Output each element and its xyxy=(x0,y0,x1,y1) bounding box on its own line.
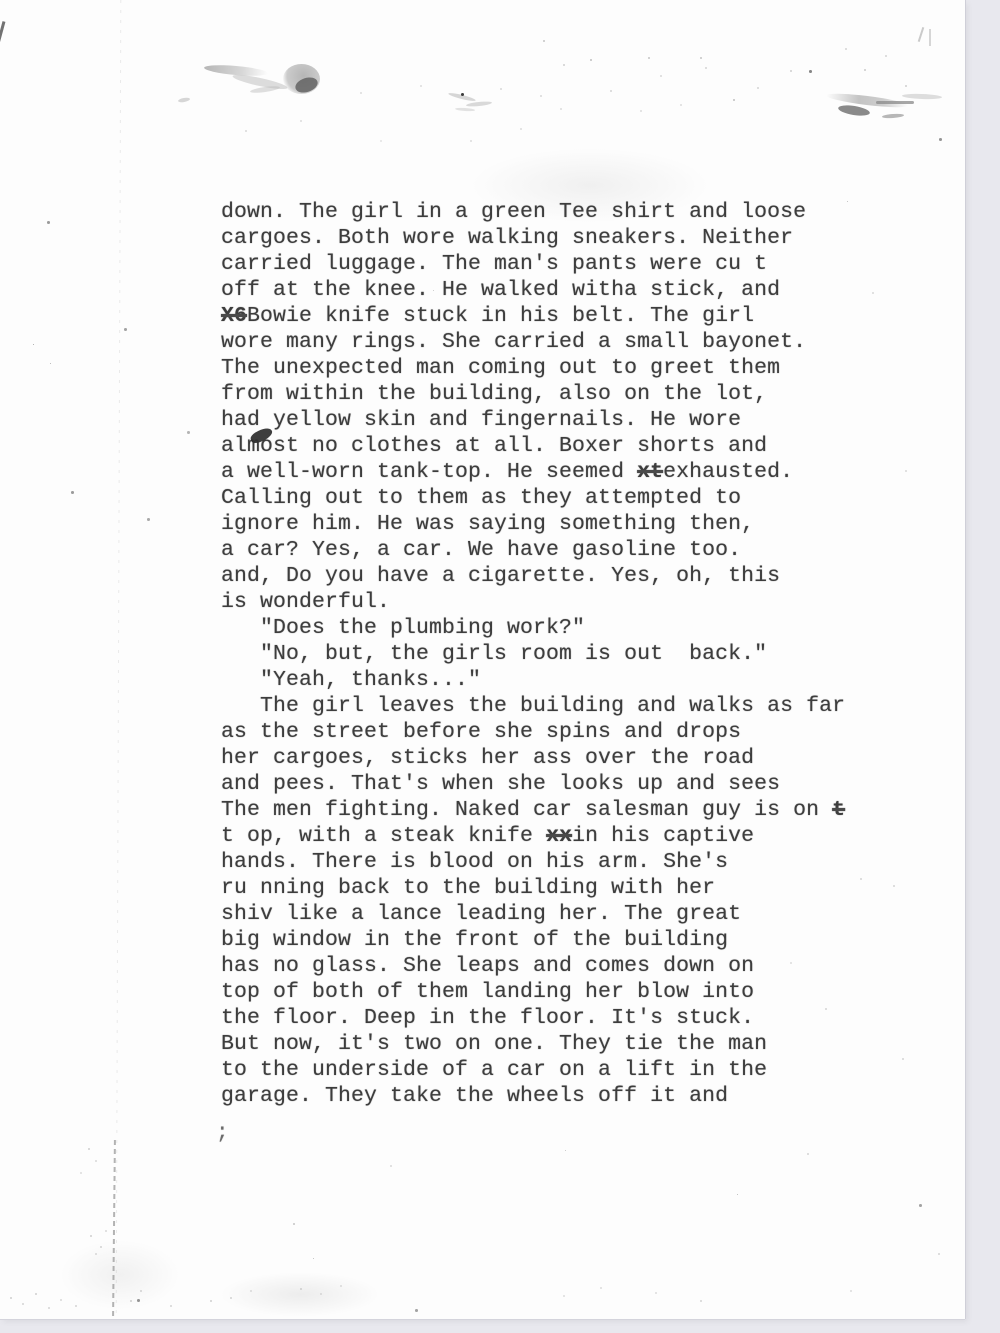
ink-smudge-dash xyxy=(876,101,914,104)
typed-line: and, Do you have a cigarette. Yes, oh, t… xyxy=(221,563,845,589)
typed-text: "Does the plumbing work?" xyxy=(221,616,585,640)
typed-text: big window in the front of the building xyxy=(221,928,728,952)
struck-text: t xyxy=(832,798,845,822)
typed-text: cargoes. Both wore walking sneakers. Nei… xyxy=(221,226,793,250)
ink-smudge-blob xyxy=(837,104,870,118)
typed-text: and pees. That's when she looks up and s… xyxy=(221,772,780,796)
typed-line: down. The girl in a green Tee shirt and … xyxy=(221,199,845,225)
typed-line: has no glass. She leaps and comes down o… xyxy=(221,953,845,979)
typed-text: as the street before she spins and drops xyxy=(221,720,741,744)
typed-text: shiv like a lance leading her. The great xyxy=(221,902,741,926)
typed-line: ignore him. He was saying something then… xyxy=(221,511,845,537)
typed-line: the floor. Deep in the floor. It's stuck… xyxy=(221,1005,845,1031)
typed-line: The unexpected man coming out to greet t… xyxy=(221,355,845,381)
typed-text: a well-worn tank-top. He seemed xyxy=(221,460,637,484)
typed-text: carried luggage. The man's pants were cu… xyxy=(221,252,767,276)
typed-text: t op, with a steak knife xyxy=(221,824,546,848)
typed-line: off at the knee. He walked witha stick, … xyxy=(221,277,845,303)
typed-line: and pees. That's when she looks up and s… xyxy=(221,771,845,797)
typed-line: shiv like a lance leading her. The great xyxy=(221,901,845,927)
typed-line: a well-worn tank-top. He seemed xtexhaus… xyxy=(221,459,845,485)
typed-text: The girl leaves the building and walks a… xyxy=(221,694,845,718)
typed-text: exhausted. xyxy=(663,460,793,484)
typed-line: t op, with a steak knife xxin his captiv… xyxy=(221,823,845,849)
ink-smudge-dash xyxy=(882,113,904,119)
typed-line: "Does the plumbing work?" xyxy=(221,615,845,641)
typed-line: ru nning back to the building with her xyxy=(221,875,845,901)
typed-text: "Yeah, thanks..." xyxy=(221,668,481,692)
typed-text: garage. They take the wheels off it and xyxy=(221,1084,728,1108)
typed-text: the floor. Deep in the floor. It's stuck… xyxy=(221,1006,754,1030)
ink-smudge-squiggle xyxy=(455,107,475,111)
ink-smudge-streak xyxy=(902,93,942,99)
typed-text: and, Do you have a cigarette. Yes, oh, t… xyxy=(221,564,780,588)
corner-scratch-mark xyxy=(918,27,925,42)
typed-line: wore many rings. She carried a small bay… xyxy=(221,329,845,355)
typed-line: from within the building, also on the lo… xyxy=(221,381,845,407)
typed-text: The unexpected man coming out to greet t… xyxy=(221,356,780,380)
typed-text: top of both of them landing her blow int… xyxy=(221,980,754,1004)
typed-text: to the underside of a car on a lift in t… xyxy=(221,1058,767,1082)
typed-line: is wonderful. xyxy=(221,589,845,615)
typed-line: a car? Yes, a car. We have gasoline too. xyxy=(221,537,845,563)
fold-crease-line xyxy=(116,0,122,1319)
typed-text: Bowie knife stuck in his belt. The girl xyxy=(247,304,754,328)
typed-text: The men fighting. Naked car salesman guy… xyxy=(221,798,832,822)
typed-text: But now, it's two on one. They tie the m… xyxy=(221,1032,767,1056)
scan-haze xyxy=(220,1272,380,1317)
typed-line: The men fighting. Naked car salesman guy… xyxy=(221,797,845,823)
ink-smudge-squiggle xyxy=(466,101,492,108)
typed-text: wore many rings. She carried a small bay… xyxy=(221,330,806,354)
typed-line: carried luggage. The man's pants were cu… xyxy=(221,251,845,277)
typed-line: as the street before she spins and drops xyxy=(221,719,845,745)
fold-crease-line xyxy=(112,1140,116,1316)
typed-line: garage. They take the wheels off it and xyxy=(221,1083,845,1109)
scan-background: { "colors": { "page_background": "#fdfdf… xyxy=(0,0,1000,1333)
scan-speckles xyxy=(0,0,1,1)
ink-smudge-streak xyxy=(204,63,269,78)
typed-text: off at the knee. He walked witha stick, … xyxy=(221,278,780,302)
typed-line: Calling out to them as they attempted to xyxy=(221,485,845,511)
typed-line: big window in the front of the building xyxy=(221,927,845,953)
typed-line: cargoes. Both wore walking sneakers. Nei… xyxy=(221,225,845,251)
typed-line: But now, it's two on one. They tie the m… xyxy=(221,1031,845,1057)
ink-smudge-squiggle xyxy=(448,92,476,103)
scan-haze xyxy=(60,1240,180,1310)
struck-text: xx xyxy=(546,824,572,848)
ink-speck xyxy=(461,93,464,96)
typed-text: has no glass. She leaps and comes down o… xyxy=(221,954,754,978)
typed-line: "No, but, the girls room is out back." xyxy=(221,641,845,667)
typed-line: X6Bowie knife stuck in his belt. The gir… xyxy=(221,303,845,329)
typed-line: had yellow skin and fingernails. He wore xyxy=(221,407,845,433)
typed-text: is wonderful. xyxy=(221,590,390,614)
typed-text: hands. There is blood on his arm. She's xyxy=(221,850,728,874)
typed-text: ru nning back to the building with her xyxy=(221,876,715,900)
scan-speckles xyxy=(0,0,2,2)
typed-line: almost no clothes at all. Boxer shorts a… xyxy=(221,433,845,459)
scanned-page: down. The girl in a green Tee shirt and … xyxy=(0,0,965,1319)
corner-slash-mark xyxy=(0,21,5,48)
struck-text: xt xyxy=(637,460,663,484)
ink-smudge-blob xyxy=(293,75,319,95)
typed-line: her cargoes, sticks her ass over the roa… xyxy=(221,745,845,771)
typed-text-block: down. The girl in a green Tee shirt and … xyxy=(221,199,845,1109)
ink-smudge-squiggle xyxy=(178,97,191,103)
ink-smudge-streak xyxy=(826,91,908,110)
typed-line: top of both of them landing her blow int… xyxy=(221,979,845,1005)
typed-text: her cargoes, sticks her ass over the roa… xyxy=(221,746,754,770)
struck-text: X6 xyxy=(221,304,247,328)
typed-line: to the underside of a car on a lift in t… xyxy=(221,1057,845,1083)
stray-semicolon-mark: ; xyxy=(216,1122,229,1145)
typed-line: "Yeah, thanks..." xyxy=(221,667,845,693)
typed-line: The girl leaves the building and walks a… xyxy=(221,693,845,719)
ink-smudge-streak xyxy=(232,72,288,91)
typed-text: in his captive xyxy=(572,824,754,848)
typed-text: a car? Yes, a car. We have gasoline too. xyxy=(221,538,741,562)
typed-text: from within the building, also on the lo… xyxy=(221,382,767,406)
typed-text: ignore him. He was saying something then… xyxy=(221,512,754,536)
typed-text: had yellow skin and fingernails. He wore xyxy=(221,408,741,432)
typed-text: down. The girl in a green Tee shirt and … xyxy=(221,200,806,224)
typed-line: hands. There is blood on his arm. She's xyxy=(221,849,845,875)
ink-smudge-streak xyxy=(250,85,280,94)
typed-text: almost no clothes at all. Boxer shorts a… xyxy=(221,434,767,458)
ink-smudge-blob xyxy=(283,64,320,94)
typed-text: "No, but, the girls room is out back." xyxy=(221,642,767,666)
typed-text: Calling out to them as they attempted to xyxy=(221,486,741,510)
corner-scratch-mark xyxy=(929,29,931,46)
